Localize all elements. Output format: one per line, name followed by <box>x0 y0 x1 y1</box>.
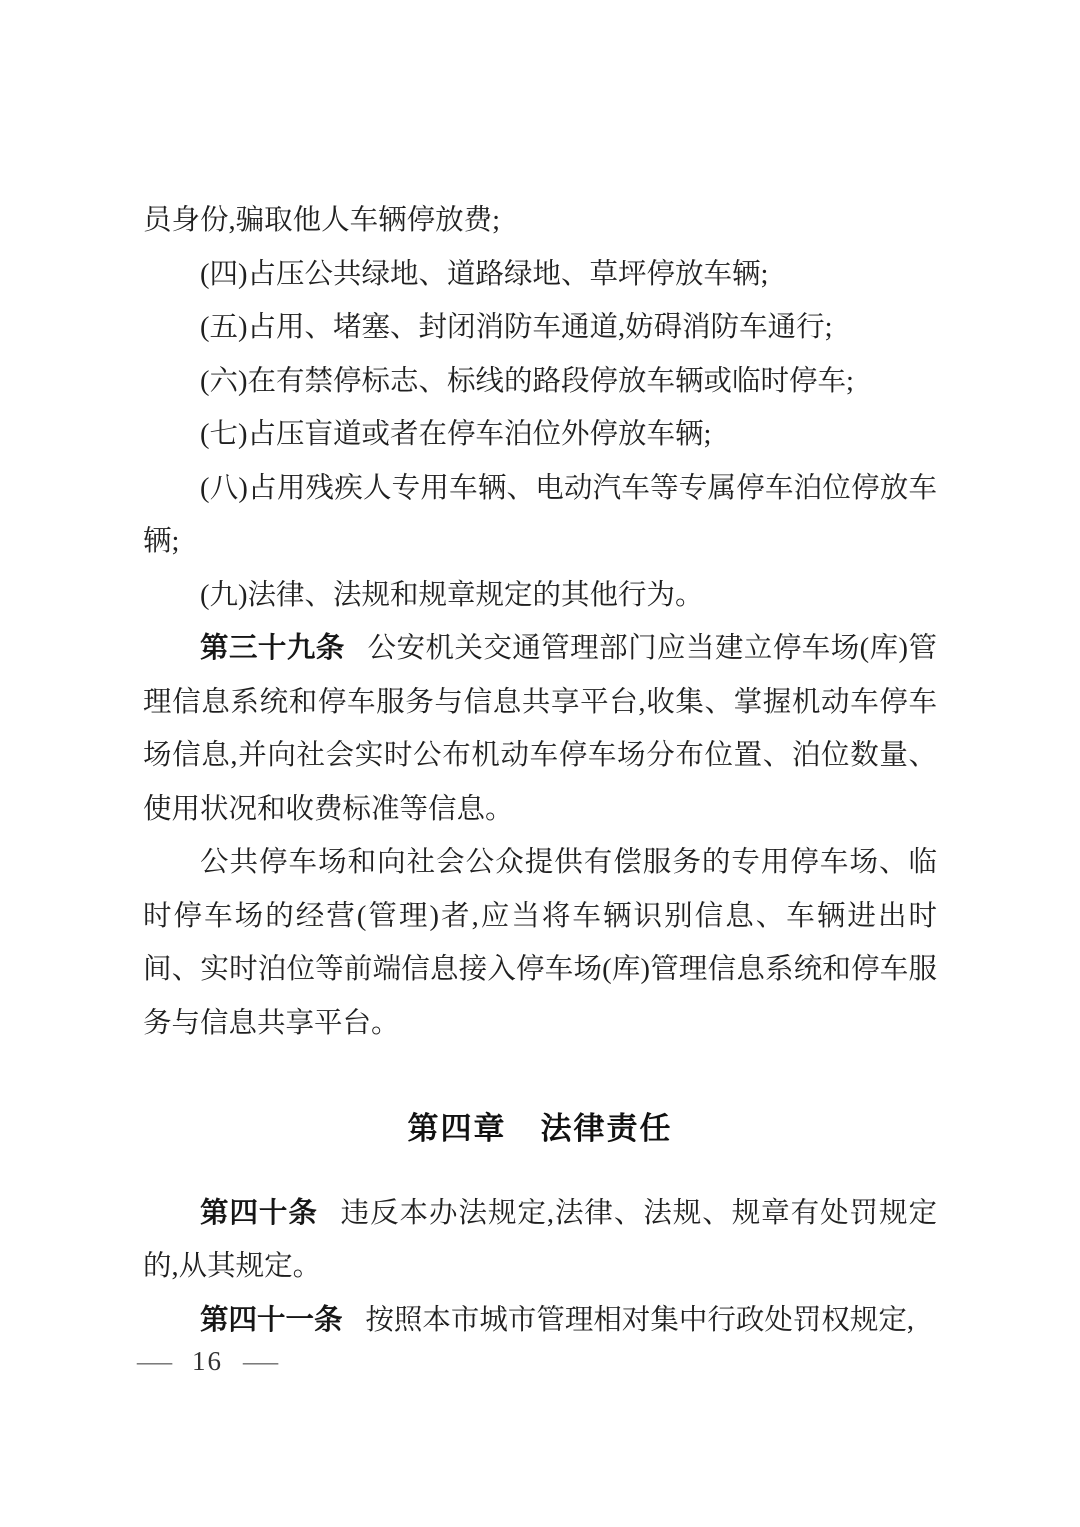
paragraph-continuation: 员身份,骗取他人车辆停放费; <box>143 194 937 248</box>
paragraph-text: (九)法律、法规和规章规定的其他行为。 <box>200 580 703 611</box>
chapter-heading: 第四章法律责任 <box>143 1102 937 1156</box>
chapter-number: 第四章 <box>407 1111 506 1146</box>
list-item-5: (五)占用、堵塞、封闭消防车通道,妨碍消防车通行; <box>143 301 937 355</box>
list-item-9: (九)法律、法规和规章规定的其他行为。 <box>143 569 937 623</box>
footer-page-number: 16 <box>192 1346 223 1377</box>
list-item-8: (八)占用残疾人专用车辆、电动汽车等专属停车泊位停放车辆; <box>143 462 937 569</box>
article-39-paragraph: 第三十九条公安机关交通管理部门应当建立停车场(库)管理信息系统和停车服务与信息共… <box>143 622 937 836</box>
footer-dash-left: — <box>137 1346 172 1377</box>
article-number: 第三十九条 <box>200 633 345 664</box>
paragraph-text: (七)占压盲道或者在停车泊位外停放车辆; <box>200 419 711 450</box>
article-40-paragraph: 第四十条违反本办法规定,法律、法规、规章有处罚规定的,从其规定。 <box>143 1187 937 1294</box>
article-text: 按照本市城市管理相对集中行政处罚权规定, <box>365 1305 914 1336</box>
list-item-4: (四)占压公共绿地、道路绿地、草坪停放车辆; <box>143 248 937 302</box>
document-page: 员身份,骗取他人车辆停放费; (四)占压公共绿地、道路绿地、草坪停放车辆; (五… <box>0 0 1080 1527</box>
footer-dash-right: — <box>243 1346 278 1377</box>
article-number: 第四十条 <box>200 1198 318 1229</box>
list-item-7: (七)占压盲道或者在停车泊位外停放车辆; <box>143 408 937 462</box>
document-body: 员身份,骗取他人车辆停放费; (四)占压公共绿地、道路绿地、草坪停放车辆; (五… <box>143 194 937 1347</box>
page-footer: — 16 — <box>141 1346 274 1377</box>
paragraph-text: 公共停车场和向社会公众提供有偿服务的专用停车场、临时停车场的经营(管理)者,应当… <box>143 847 937 1039</box>
paragraph-text: (四)占压公共绿地、道路绿地、草坪停放车辆; <box>200 259 768 290</box>
paragraph-text: (五)占用、堵塞、封闭消防车通道,妨碍消防车通行; <box>200 312 833 343</box>
paragraph-text: (八)占用残疾人专用车辆、电动汽车等专属停车泊位停放车辆; <box>143 473 937 558</box>
paragraph-text: (六)在有禁停标志、标线的路段停放车辆或临时停车; <box>200 366 854 397</box>
article-number: 第四十一条 <box>200 1305 343 1336</box>
article-39-paragraph-2: 公共停车场和向社会公众提供有偿服务的专用停车场、临时停车场的经营(管理)者,应当… <box>143 836 937 1050</box>
chapter-title: 法律责任 <box>541 1111 673 1146</box>
paragraph-text: 员身份,骗取他人车辆停放费; <box>143 205 500 236</box>
article-41-paragraph: 第四十一条按照本市城市管理相对集中行政处罚权规定, <box>143 1294 937 1348</box>
list-item-6: (六)在有禁停标志、标线的路段停放车辆或临时停车; <box>143 355 937 409</box>
